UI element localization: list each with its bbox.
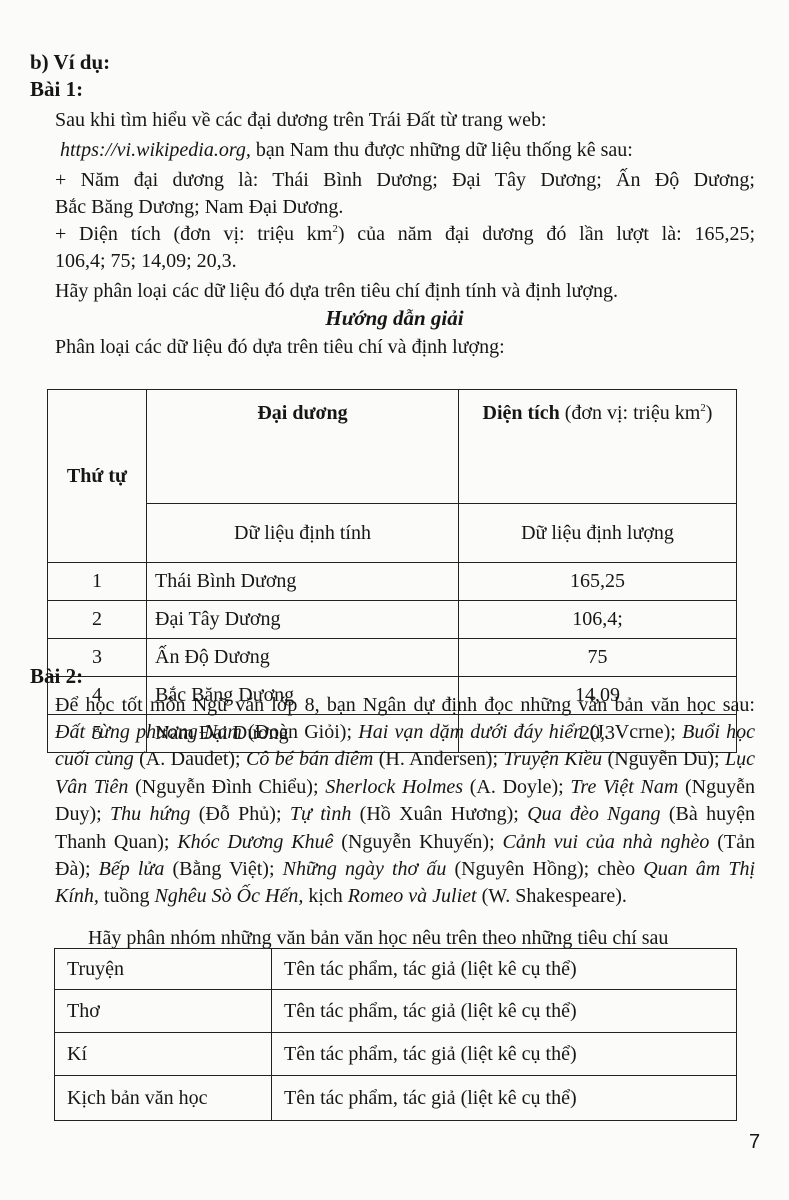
work-title: Cô bé bán diêm (246, 748, 373, 770)
work-title: Những ngày thơ ấu (283, 858, 447, 880)
text: + Diện tích (đơn vị: triệu km (55, 223, 332, 245)
exercise1-url-line: https://vi.wikipedia.org, bạn Nam thu đư… (60, 137, 760, 164)
genre-cell: Kí (55, 1033, 272, 1076)
work-title: Thu hứng (110, 803, 190, 825)
work-title: Truyện Kiều (503, 748, 602, 770)
ocean-cell: Thái Bình Dương (147, 563, 459, 601)
work-author: kịch (303, 885, 347, 907)
work-author: (Nguyễn Du); (602, 748, 725, 770)
work-title: Tự tình (290, 803, 351, 825)
work-author: tuồng (99, 885, 155, 907)
document-page: b) Ví dụ: Bài 1: Sau khi tìm hiểu về các… (0, 0, 789, 1200)
exercise1-line: Sau khi tìm hiểu về các đại dương trên T… (55, 107, 755, 134)
value-cell: Tên tác phẩm, tác giả (liệt kê cụ thể) (272, 1033, 737, 1076)
header-ocean: Đại dương (147, 390, 459, 504)
table-row: 1 Thái Bình Dương 165,25 (48, 563, 737, 601)
exercise1-line: Bắc Băng Dương; Nam Đại Dương. (55, 194, 755, 221)
work-author: (J. Vcrne); (583, 721, 682, 743)
subheader-qualitative: Dữ liệu định tính (147, 504, 459, 563)
works-list: Đất rừng phương Nam (Đoàn Giỏi); Hai vạn… (55, 719, 755, 911)
value-cell: Tên tác phẩm, tác giả (liệt kê cụ thể) (272, 990, 737, 1033)
section-heading: b) Ví dụ: (30, 50, 110, 75)
text: ) (706, 402, 713, 424)
work-author: (A. Daudet); (134, 748, 246, 770)
work-author: (Đỗ Phủ); (190, 803, 289, 825)
table-row: 3 Ấn Độ Dương 75 (48, 639, 737, 677)
work-title: Cảnh vui của nhà nghèo (503, 831, 710, 853)
solution-title: Hướng dẫn giải (0, 306, 789, 331)
table-row: Kịch bản văn học Tên tác phẩm, tác giả (… (55, 1076, 737, 1121)
work-title: Qua đèo Ngang (527, 803, 660, 825)
page-number: 7 (749, 1131, 760, 1154)
subheader-quantitative: Dữ liệu định lượng (459, 504, 737, 563)
source-url: https://vi.wikipedia.org, (60, 139, 251, 161)
area-cell: 75 (459, 639, 737, 677)
work-author: (A. Doyle); (463, 776, 570, 798)
area-cell: 106,4; (459, 601, 737, 639)
work-title: Nghêu Sò Ốc Hến, (154, 885, 303, 907)
work-author: (Nguyên Hồng); chèo (446, 858, 643, 880)
genre-cell: Truyện (55, 949, 272, 990)
work-title: Tre Việt Nam (570, 776, 678, 798)
work-title: Romeo và Juliet (348, 885, 477, 907)
exercise1-line: + Năm đại dương là: Thái Bình Dương; Đại… (55, 167, 755, 194)
value-cell: Tên tác phẩm, tác giả (liệt kê cụ thể) (272, 949, 737, 990)
work-author: (H. Andersen); (373, 748, 503, 770)
header-order: Thứ tự (48, 390, 147, 563)
work-author: (Nguyễn Đình Chiểu); (128, 776, 325, 798)
work-title: Sherlock Holmes (325, 776, 463, 798)
exercise1-line: 106,4; 75; 14,09; 20,3. (55, 248, 755, 275)
text: ) của năm đại dương đó lần lượt là: 165,… (338, 223, 755, 245)
work-author: (Bằng Việt); (164, 858, 282, 880)
exercise1-title: Bài 1: (30, 77, 83, 102)
order-cell: 2 (48, 601, 147, 639)
work-author: (W. Shakespeare). (477, 885, 627, 907)
exercise1-line: bạn Nam thu được những dữ liệu thống kê … (256, 139, 633, 161)
exercise2-title: Bài 2: (30, 664, 83, 689)
ocean-cell: Đại Tây Dương (147, 601, 459, 639)
work-author: (Hồ Xuân Hương); (351, 803, 527, 825)
text: Diện tích (483, 402, 560, 424)
area-cell: 165,25 (459, 563, 737, 601)
genre-cell: Kịch bản văn học (55, 1076, 272, 1121)
table-row: Truyện Tên tác phẩm, tác giả (liệt kê cụ… (55, 949, 737, 990)
table-row: Kí Tên tác phẩm, tác giả (liệt kê cụ thể… (55, 1033, 737, 1076)
exercise1-area-line: + Diện tích (đơn vị: triệu km2) của năm … (55, 221, 755, 248)
work-title: Bếp lửa (99, 858, 165, 880)
table-row: Thơ Tên tác phẩm, tác giả (liệt kê cụ th… (55, 990, 737, 1033)
text: (đơn vị: triệu km (560, 402, 701, 424)
table-row: 2 Đại Tây Dương 106,4; (48, 601, 737, 639)
work-author: (Đoàn Giỏi); (242, 721, 358, 743)
order-cell: 1 (48, 563, 147, 601)
work-author: (Nguyễn Khuyến); (333, 831, 502, 853)
genre-cell: Thơ (55, 990, 272, 1033)
exercise2-intro: Để học tốt môn Ngữ văn lớp 8, bạn Ngân d… (55, 692, 755, 719)
work-title: Hai vạn dặm dưới đáy hiển (358, 721, 583, 743)
genre-table: Truyện Tên tác phẩm, tác giả (liệt kê cụ… (54, 948, 737, 1121)
ocean-cell: Ấn Độ Dương (147, 639, 459, 677)
solution-intro: Phân loại các dữ liệu đó dựa trên tiêu c… (55, 334, 755, 361)
header-area: Diện tích (đơn vị: triệu km2) (459, 390, 737, 504)
exercise1-question: Hãy phân loại các dữ liệu đó dựa trên ti… (55, 278, 755, 305)
work-title: Đất rừng phương Nam (55, 721, 242, 743)
value-cell: Tên tác phẩm, tác giả (liệt kê cụ thể) (272, 1076, 737, 1121)
work-title: Khóc Dương Khuê (177, 831, 333, 853)
